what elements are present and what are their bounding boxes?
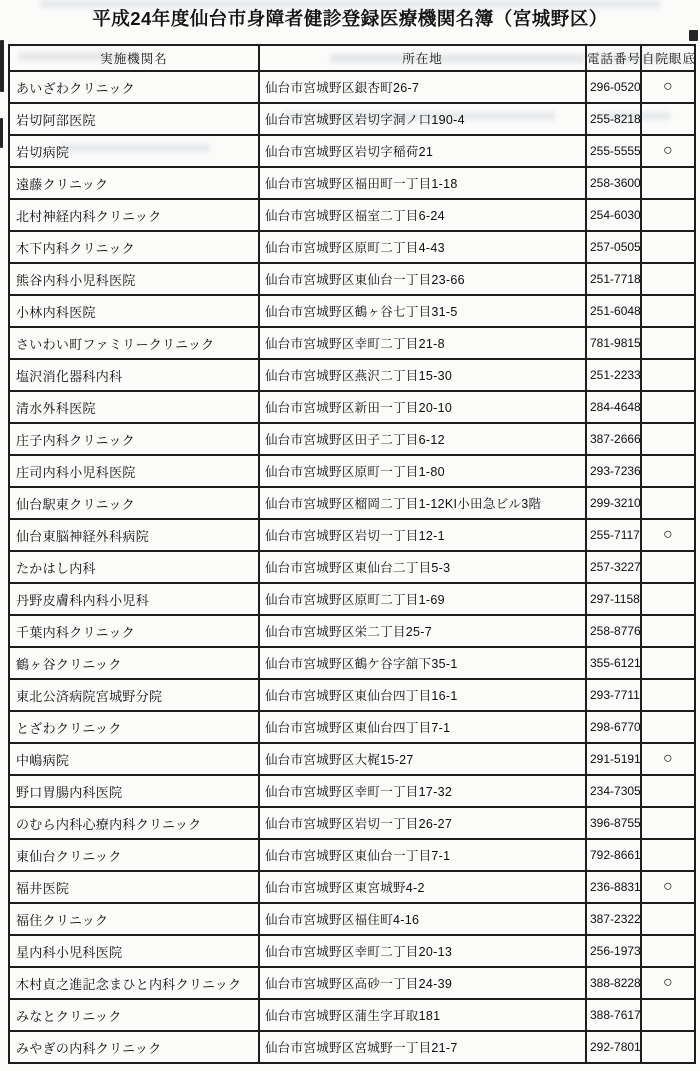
cell-address: 仙台市宮城野区福田町一丁目1-18 [259, 167, 586, 199]
table-row: 福井医院仙台市宮城野区東宮城野4-2236-8831○ [9, 871, 695, 903]
cell-phone: 298-6770 [586, 711, 641, 743]
table-row: 小林内科医院仙台市宮城野区鶴ヶ谷七丁目31-5251-6048 [9, 295, 695, 327]
cell-phone: 255-8218 [586, 103, 641, 135]
table-row: 星内科小児科医院仙台市宮城野区幸町二丁目20-13256-1973 [9, 935, 695, 967]
table-row: 福住クリニック仙台市宮城野区福住町4-16387-2322 [9, 903, 695, 935]
cell-fundus [641, 807, 695, 839]
cell-address: 仙台市宮城野区原町二丁目1-69 [259, 583, 586, 615]
cell-name: 福井医院 [9, 871, 259, 903]
cell-fundus [641, 199, 695, 231]
table-row: さいわい町ファミリークリニック仙台市宮城野区幸町二丁目21-8781-9815 [9, 327, 695, 359]
header-row: 実施機関名 所在地 電話番号 自院眼底 [9, 45, 695, 71]
table-body: あいざわクリニック仙台市宮城野区銀杏町26-7296-0520○岩切阿部医院仙台… [9, 71, 695, 1063]
cell-phone: 387-2322 [586, 903, 641, 935]
table-row: たかはし内科仙台市宮城野区東仙台二丁目5-3257-3227 [9, 551, 695, 583]
cell-address: 仙台市宮城野区宮城野一丁目21-7 [259, 1031, 586, 1063]
table-row: 清水外科医院仙台市宮城野区新田一丁目20-10284-4648 [9, 391, 695, 423]
cell-phone: 299-3210 [586, 487, 641, 519]
cell-name: 仙台東脳神経外科病院 [9, 519, 259, 551]
cell-name: 野口胃腸内科医院 [9, 775, 259, 807]
table-row: 丹野皮膚科内科小児科仙台市宮城野区原町二丁目1-69297-1158 [9, 583, 695, 615]
cell-fundus [641, 999, 695, 1031]
cell-address: 仙台市宮城野区幸町二丁目21-8 [259, 327, 586, 359]
cell-name: 清水外科医院 [9, 391, 259, 423]
cell-phone: 781-9815 [586, 327, 641, 359]
cell-name: 岩切阿部医院 [9, 103, 259, 135]
cell-fundus [641, 295, 695, 327]
cell-name: 岩切病院 [9, 135, 259, 167]
cell-name: 庄子内科クリニック [9, 423, 259, 455]
cell-fundus [641, 263, 695, 295]
cell-address: 仙台市宮城野区東仙台四丁目7-1 [259, 711, 586, 743]
cell-phone: 297-1158 [586, 583, 641, 615]
cell-phone: 255-5555 [586, 135, 641, 167]
cell-name: さいわい町ファミリークリニック [9, 327, 259, 359]
scan-edge-artifact [0, 40, 4, 92]
cell-phone: 293-7711 [586, 679, 641, 711]
cell-name: 塩沢消化器科内科 [9, 359, 259, 391]
table-row: 野口胃腸内科医院仙台市宮城野区幸町一丁目17-32234-7305 [9, 775, 695, 807]
cell-address: 仙台市宮城野区蒲生字耳取181 [259, 999, 586, 1031]
cell-phone: 258-3600 [586, 167, 641, 199]
cell-address: 仙台市宮城野区福室二丁目6-24 [259, 199, 586, 231]
cell-name: 東北公済病院宮城野分院 [9, 679, 259, 711]
cell-address: 仙台市宮城野区鶴ヶ谷七丁目31-5 [259, 295, 586, 327]
cell-phone: 256-1973 [586, 935, 641, 967]
cell-address: 仙台市宮城野区岩切字洞ノ口190-4 [259, 103, 586, 135]
cell-address: 仙台市宮城野区銀杏町26-7 [259, 71, 586, 103]
scan-edge-artifact [0, 118, 3, 148]
cell-fundus [641, 103, 695, 135]
cell-phone: 234-7305 [586, 775, 641, 807]
cell-name: 丹野皮膚科内科小児科 [9, 583, 259, 615]
cell-fundus: ○ [641, 135, 695, 167]
cell-fundus [641, 903, 695, 935]
cell-name: あいざわクリニック [9, 71, 259, 103]
cell-phone: 387-2666 [586, 423, 641, 455]
cell-name: 遠藤クリニック [9, 167, 259, 199]
medical-institutions-table: 実施機関名 所在地 電話番号 自院眼底 あいざわクリニック仙台市宮城野区銀杏町2… [8, 44, 696, 1064]
table-row: 仙台駅東クリニック仙台市宮城野区榴岡二丁目1-12KI小田急ビル3階299-32… [9, 487, 695, 519]
cell-phone: 291-5191 [586, 743, 641, 775]
table-row: とざわクリニック仙台市宮城野区東仙台四丁目7-1298-6770 [9, 711, 695, 743]
cell-address: 仙台市宮城野区東仙台一丁目23-66 [259, 263, 586, 295]
scan-edge-artifact [689, 30, 698, 41]
cell-fundus: ○ [641, 871, 695, 903]
cell-address: 仙台市宮城野区幸町二丁目20-13 [259, 935, 586, 967]
cell-phone: 792-8661 [586, 839, 641, 871]
cell-fundus [641, 327, 695, 359]
cell-address: 仙台市宮城野区田子二丁目6-12 [259, 423, 586, 455]
table-row: みなとクリニック仙台市宮城野区蒲生字耳取181388-7617 [9, 999, 695, 1031]
cell-name: 中嶋病院 [9, 743, 259, 775]
cell-name: 熊谷内科小児科医院 [9, 263, 259, 295]
cell-fundus: ○ [641, 743, 695, 775]
cell-name: 北村神経内科クリニック [9, 199, 259, 231]
cell-name: 庄司内科小児科医院 [9, 455, 259, 487]
cell-phone: 396-8755 [586, 807, 641, 839]
cell-phone: 251-2233 [586, 359, 641, 391]
cell-fundus [641, 359, 695, 391]
cell-fundus: ○ [641, 519, 695, 551]
cell-phone: 251-7718 [586, 263, 641, 295]
table-header: 実施機関名 所在地 電話番号 自院眼底 [9, 45, 695, 71]
table-row: 庄司内科小児科医院仙台市宮城野区原町一丁目1-80293-7236 [9, 455, 695, 487]
cell-fundus [641, 679, 695, 711]
cell-phone: 257-3227 [586, 551, 641, 583]
table-row: あいざわクリニック仙台市宮城野区銀杏町26-7296-0520○ [9, 71, 695, 103]
cell-name: 小林内科医院 [9, 295, 259, 327]
cell-name: 千葉内科クリニック [9, 615, 259, 647]
table-row: 熊谷内科小児科医院仙台市宮城野区東仙台一丁目23-66251-7718 [9, 263, 695, 295]
header-address: 所在地 [259, 45, 586, 71]
cell-fundus [641, 583, 695, 615]
cell-phone: 251-6048 [586, 295, 641, 327]
cell-address: 仙台市宮城野区東仙台四丁目16-1 [259, 679, 586, 711]
table-row: 岩切病院仙台市宮城野区岩切字稲荷21255-5555○ [9, 135, 695, 167]
cell-name: 木村貞之進記念まひと内科クリニック [9, 967, 259, 999]
cell-address: 仙台市宮城野区燕沢二丁目15-30 [259, 359, 586, 391]
cell-phone: 236-8831 [586, 871, 641, 903]
cell-fundus [641, 775, 695, 807]
cell-name: 木下内科クリニック [9, 231, 259, 263]
header-institution-name: 実施機関名 [9, 45, 259, 71]
cell-name: みやぎの内科クリニック [9, 1031, 259, 1063]
cell-name: とざわクリニック [9, 711, 259, 743]
cell-phone: 292-7801 [586, 1031, 641, 1063]
cell-address: 仙台市宮城野区新田一丁目20-10 [259, 391, 586, 423]
table-row: 岩切阿部医院仙台市宮城野区岩切字洞ノ口190-4255-8218 [9, 103, 695, 135]
cell-name: 鶴ヶ谷クリニック [9, 647, 259, 679]
cell-phone: 284-4648 [586, 391, 641, 423]
cell-name: みなとクリニック [9, 999, 259, 1031]
cell-address: 仙台市宮城野区鶴ケ谷字舘下35-1 [259, 647, 586, 679]
cell-fundus [641, 711, 695, 743]
table-row: 東仙台クリニック仙台市宮城野区東仙台一丁目7-1792-8661 [9, 839, 695, 871]
cell-phone: 355-6121 [586, 647, 641, 679]
cell-fundus [641, 167, 695, 199]
cell-fundus [641, 423, 695, 455]
cell-fundus [641, 615, 695, 647]
table-row: 木村貞之進記念まひと内科クリニック仙台市宮城野区高砂一丁目24-39388-82… [9, 967, 695, 999]
cell-fundus [641, 1031, 695, 1063]
cell-address: 仙台市宮城野区岩切一丁目12-1 [259, 519, 586, 551]
cell-address: 仙台市宮城野区東宮城野4-2 [259, 871, 586, 903]
cell-address: 仙台市宮城野区岩切一丁目26-27 [259, 807, 586, 839]
table-row: 遠藤クリニック仙台市宮城野区福田町一丁目1-18258-3600 [9, 167, 695, 199]
cell-fundus [641, 231, 695, 263]
header-phone-number: 電話番号 [586, 45, 641, 71]
cell-name: のむら内科心療内科クリニック [9, 807, 259, 839]
cell-address: 仙台市宮城野区大梶15-27 [259, 743, 586, 775]
table-row: 庄子内科クリニック仙台市宮城野区田子二丁目6-12387-2666 [9, 423, 695, 455]
cell-fundus [641, 935, 695, 967]
table-row: みやぎの内科クリニック仙台市宮城野区宮城野一丁目21-7292-7801 [9, 1031, 695, 1063]
table-row: のむら内科心療内科クリニック仙台市宮城野区岩切一丁目26-27396-8755 [9, 807, 695, 839]
cell-address: 仙台市宮城野区東仙台二丁目5-3 [259, 551, 586, 583]
table-row: 千葉内科クリニック仙台市宮城野区栄二丁目25-7258-8776 [9, 615, 695, 647]
cell-name: 福住クリニック [9, 903, 259, 935]
cell-address: 仙台市宮城野区岩切字稲荷21 [259, 135, 586, 167]
cell-fundus: ○ [641, 967, 695, 999]
table-row: 中嶋病院仙台市宮城野区大梶15-27291-5191○ [9, 743, 695, 775]
table-row: 東北公済病院宮城野分院仙台市宮城野区東仙台四丁目16-1293-7711 [9, 679, 695, 711]
cell-phone: 257-0505 [586, 231, 641, 263]
cell-address: 仙台市宮城野区幸町一丁目17-32 [259, 775, 586, 807]
cell-phone: 388-7617 [586, 999, 641, 1031]
cell-fundus [641, 839, 695, 871]
cell-name: 星内科小児科医院 [9, 935, 259, 967]
cell-fundus: ○ [641, 71, 695, 103]
cell-fundus [641, 551, 695, 583]
cell-name: 東仙台クリニック [9, 839, 259, 871]
cell-name: 仙台駅東クリニック [9, 487, 259, 519]
cell-phone: 296-0520 [586, 71, 641, 103]
table-row: 仙台東脳神経外科病院仙台市宮城野区岩切一丁目12-1255-7117○ [9, 519, 695, 551]
cell-address: 仙台市宮城野区東仙台一丁目7-1 [259, 839, 586, 871]
table-row: 鶴ヶ谷クリニック仙台市宮城野区鶴ケ谷字舘下35-1355-6121 [9, 647, 695, 679]
cell-address: 仙台市宮城野区栄二丁目25-7 [259, 615, 586, 647]
cell-address: 仙台市宮城野区原町二丁目4-43 [259, 231, 586, 263]
cell-address: 仙台市宮城野区福住町4-16 [259, 903, 586, 935]
cell-phone: 255-7117 [586, 519, 641, 551]
cell-phone: 293-7236 [586, 455, 641, 487]
page-title: 平成24年度仙台市身障者健診登録医療機関名簿（宮城野区） [0, 5, 700, 31]
cell-name: たかはし内科 [9, 551, 259, 583]
cell-phone: 258-8776 [586, 615, 641, 647]
cell-fundus [641, 487, 695, 519]
cell-phone: 254-6030 [586, 199, 641, 231]
cell-fundus [641, 391, 695, 423]
cell-fundus [641, 647, 695, 679]
header-own-clinic-fundus: 自院眼底 [641, 45, 695, 71]
table-row: 木下内科クリニック仙台市宮城野区原町二丁目4-43257-0505 [9, 231, 695, 263]
cell-address: 仙台市宮城野区高砂一丁目24-39 [259, 967, 586, 999]
cell-fundus [641, 455, 695, 487]
cell-phone: 388-8228 [586, 967, 641, 999]
table-row: 塩沢消化器科内科仙台市宮城野区燕沢二丁目15-30251-2233 [9, 359, 695, 391]
table-row: 北村神経内科クリニック仙台市宮城野区福室二丁目6-24254-6030 [9, 199, 695, 231]
cell-address: 仙台市宮城野区榴岡二丁目1-12KI小田急ビル3階 [259, 487, 586, 519]
cell-address: 仙台市宮城野区原町一丁目1-80 [259, 455, 586, 487]
